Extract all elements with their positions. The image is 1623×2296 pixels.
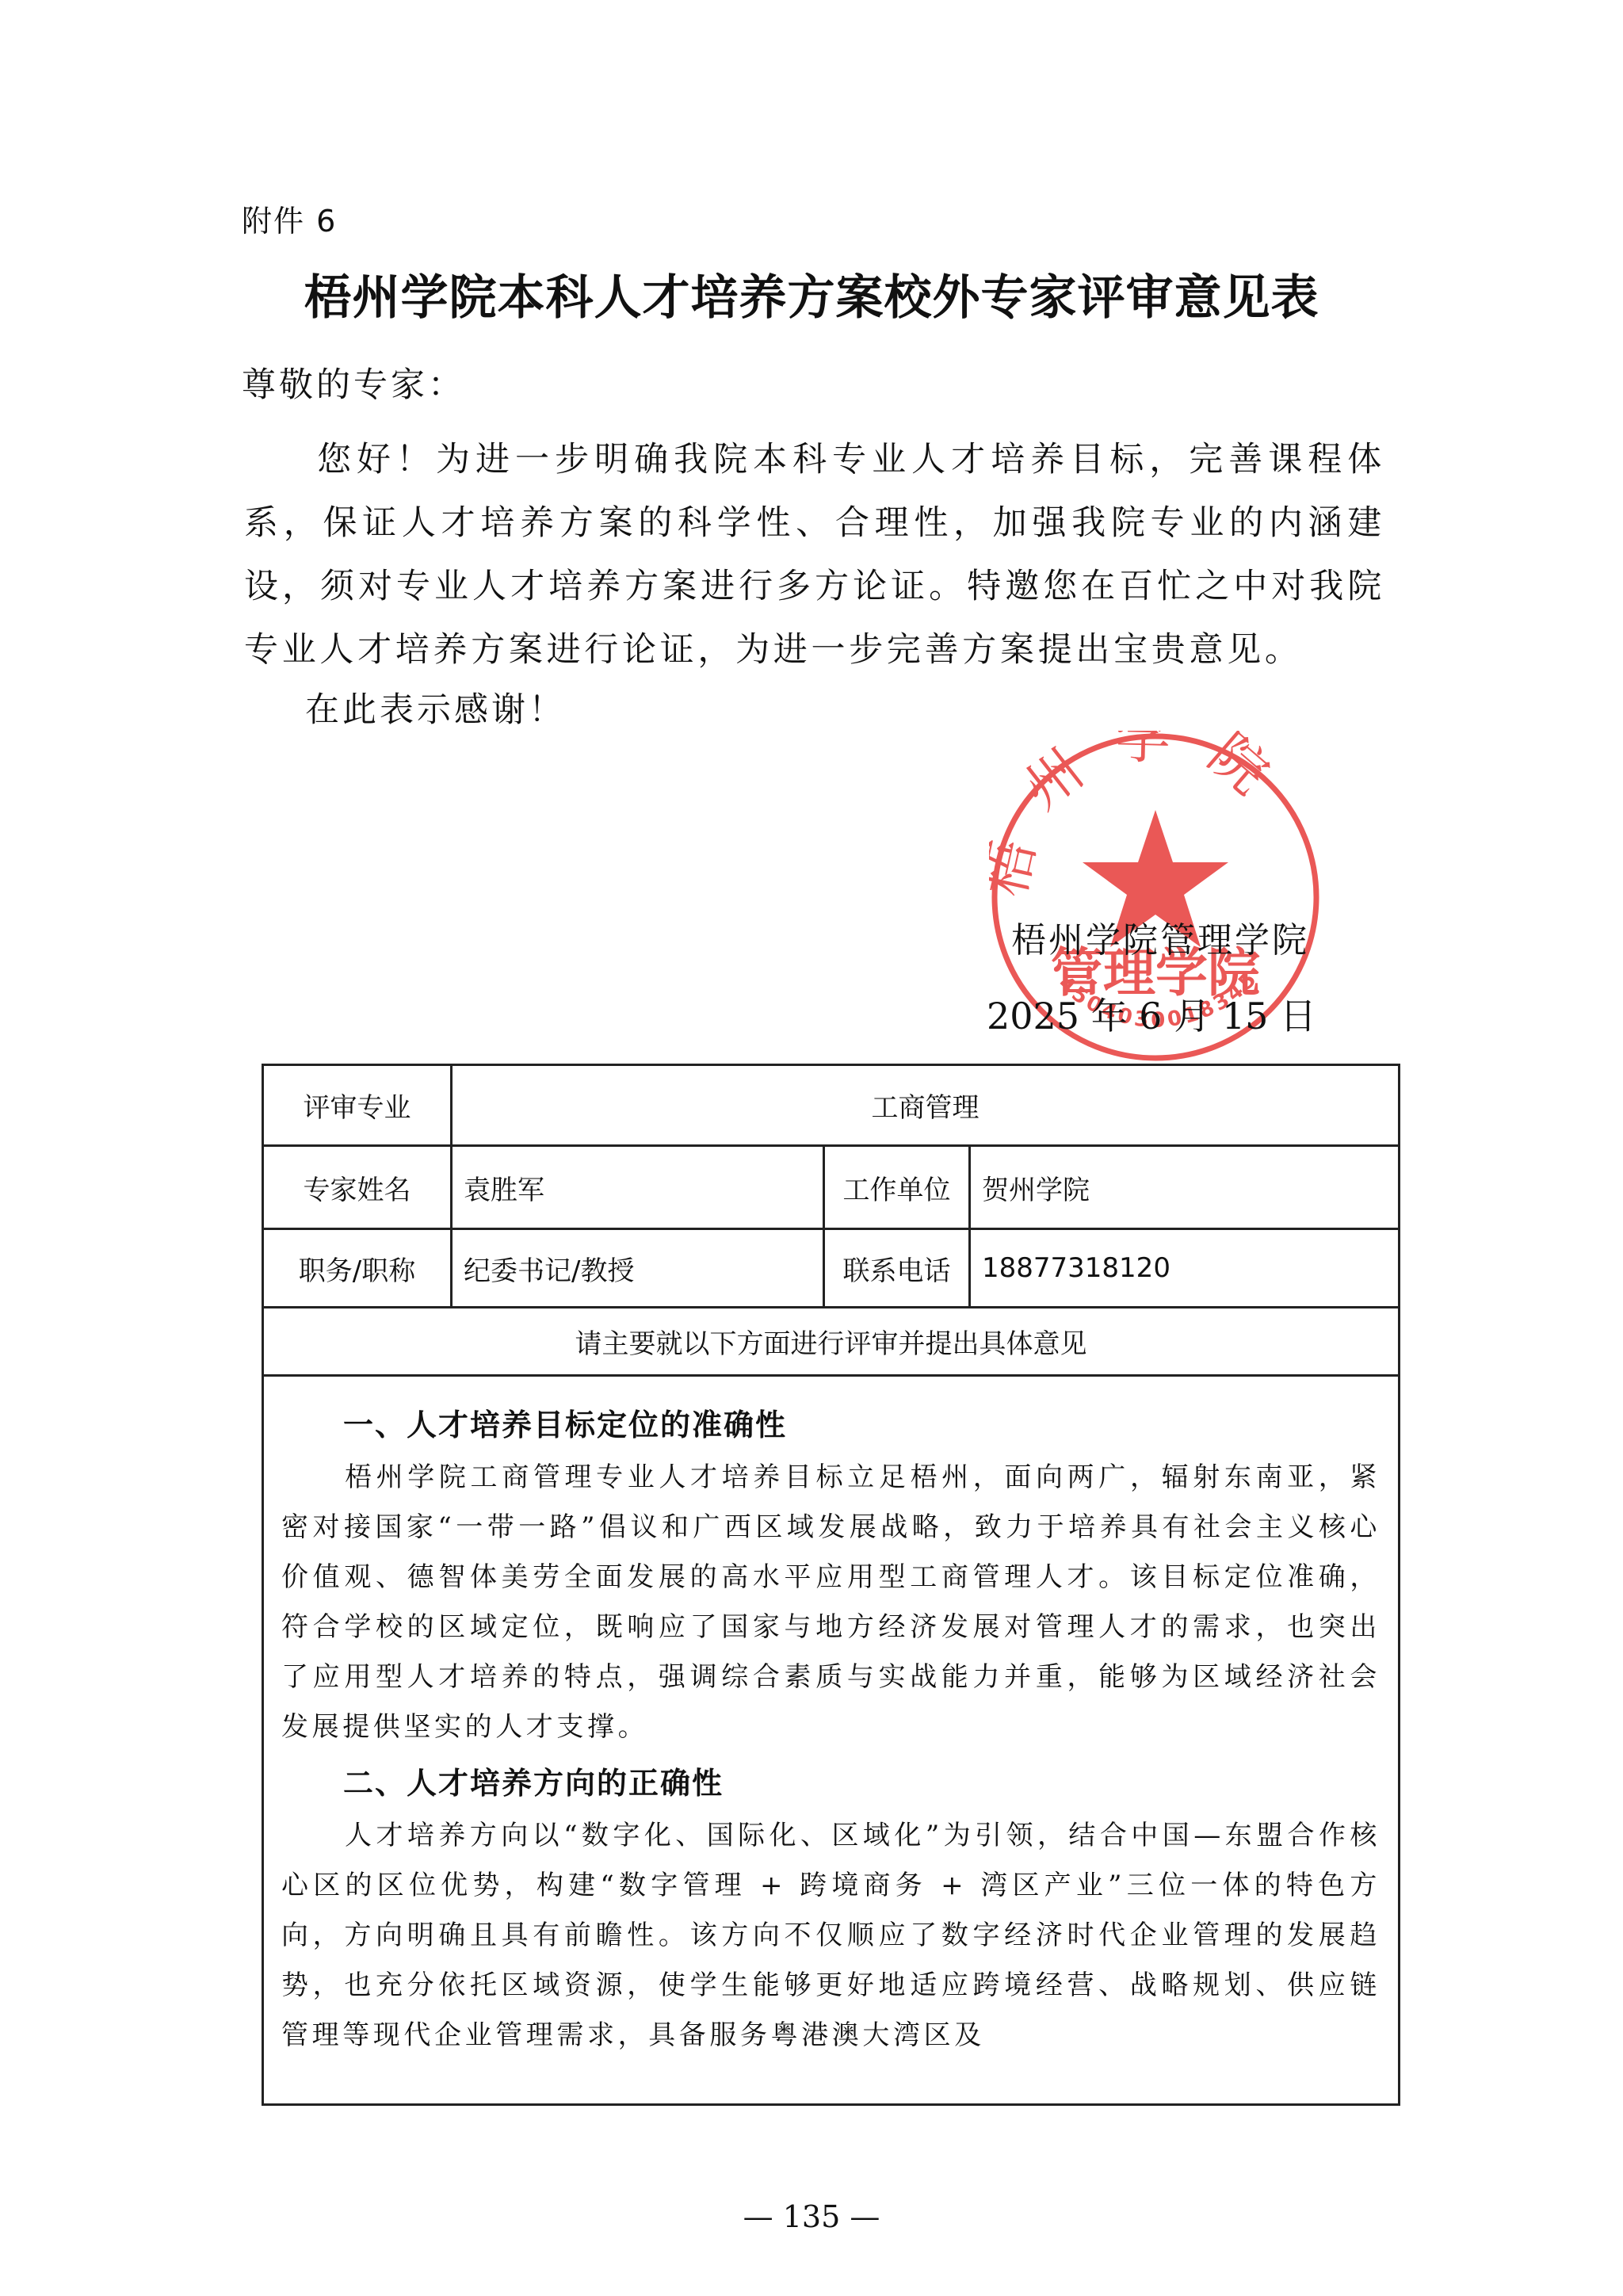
- attachment-label: 附件 6: [242, 197, 337, 240]
- phone-label: 联系电话: [824, 1229, 970, 1308]
- phone-value: 18877318120: [970, 1229, 1400, 1308]
- table-row: 职务/职称 纪委书记/教授 联系电话 18877318120: [263, 1229, 1400, 1308]
- opinion-cell: 一、人才培养目标定位的准确性 梧州学院工商管理专业人才培养目标立足梧州，面向两广…: [263, 1376, 1400, 2105]
- section-paragraph: 梧州学院工商管理专业人才培养目标立足梧州，面向两广，辐射东南亚，紧密对接国家“一…: [281, 1453, 1381, 1752]
- work-unit-label: 工作单位: [824, 1146, 970, 1229]
- section-heading: 一、人才培养目标定位的准确性: [281, 1397, 1381, 1453]
- position-value: 纪委书记/教授: [452, 1229, 824, 1308]
- expert-name-label: 专家姓名: [263, 1146, 452, 1229]
- signature-date: 2025 年 6 月 15 日: [987, 988, 1316, 1040]
- signature-unit: 梧州学院管理学院: [1011, 911, 1309, 962]
- page-title: 梧州学院本科人才培养方案校外专家评审意见表: [0, 260, 1623, 328]
- review-table: 评审专业 工商管理 专家姓名 袁胜军 工作单位 贺州学院 职务/职称 纪委书记/…: [262, 1064, 1400, 2106]
- thanks-line: 在此表示感谢！: [305, 683, 566, 732]
- intro-paragraph: 您好！为进一步明确我院本科专业人才培养目标，完善课程体系，保证人才培养方案的科学…: [244, 428, 1385, 682]
- table-row: 请主要就以下方面进行评审并提出具体意见: [263, 1308, 1400, 1376]
- page-number: — 135 —: [0, 2199, 1623, 2234]
- position-label: 职务/职称: [263, 1229, 452, 1308]
- major-label: 评审专业: [263, 1065, 452, 1146]
- expert-name-value: 袁胜军: [452, 1146, 824, 1229]
- section-paragraph: 人才培养方向以“数字化、国际化、区域化”为引领，结合中国—东盟合作核心区的区位优…: [281, 1811, 1381, 2061]
- instruction-row: 请主要就以下方面进行评审并提出具体意见: [263, 1308, 1400, 1376]
- table-row: 评审专业 工商管理: [263, 1065, 1400, 1146]
- major-value: 工商管理: [452, 1065, 1400, 1146]
- table-row: 一、人才培养目标定位的准确性 梧州学院工商管理专业人才培养目标立足梧州，面向两广…: [263, 1376, 1400, 2105]
- greeting: 尊敬的专家：: [242, 358, 465, 407]
- section-heading: 二、人才培养方向的正确性: [281, 1755, 1381, 1811]
- work-unit-value: 贺州学院: [970, 1146, 1400, 1229]
- table-row: 专家姓名 袁胜军 工作单位 贺州学院: [263, 1146, 1400, 1229]
